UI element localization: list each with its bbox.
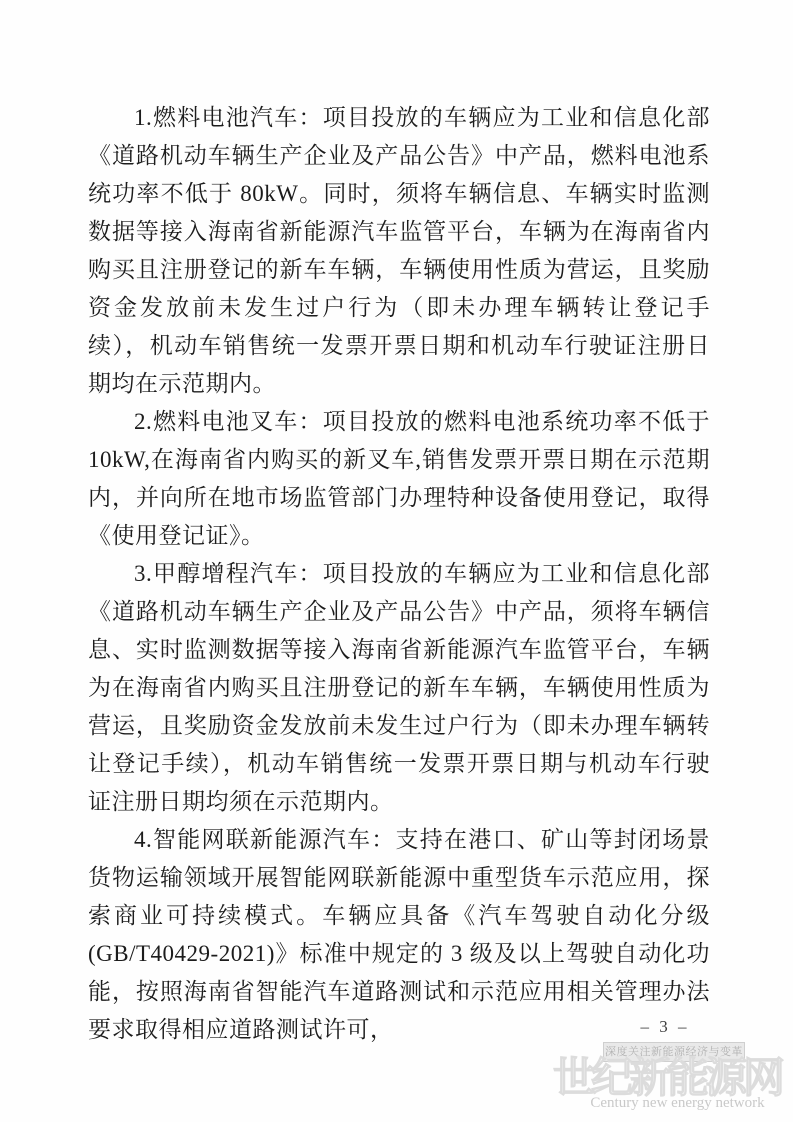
body-text: 1.燃料电池汽车：项目投放的车辆应为工业和信息化部《道路机动车辆生产企业及产品公… bbox=[88, 99, 710, 1049]
watermark-logo-english: Century new energy network bbox=[580, 1095, 775, 1112]
paragraph-methanol-range-extended-vehicle: 3.甲醇增程汽车：项目投放的车辆应为工业和信息化部《道路机动车辆生产企业及产品公… bbox=[88, 555, 710, 821]
paragraph-intelligent-connected-nev: 4.智能网联新能源汽车：支持在港口、矿山等封闭场景货物运输领域开展智能网联新能源… bbox=[88, 821, 710, 1049]
page-number: – 3 – bbox=[620, 1017, 710, 1037]
document-page: 1.燃料电池汽车：项目投放的车辆应为工业和信息化部《道路机动车辆生产企业及产品公… bbox=[0, 0, 793, 1122]
paragraph-fuel-cell-forklift: 2.燃料电池叉车：项目投放的燃料电池系统功率不低于10kW,在海南省内购买的新叉… bbox=[88, 403, 710, 555]
paragraph-fuel-cell-vehicle: 1.燃料电池汽车：项目投放的车辆应为工业和信息化部《道路机动车辆生产企业及产品公… bbox=[88, 99, 710, 403]
